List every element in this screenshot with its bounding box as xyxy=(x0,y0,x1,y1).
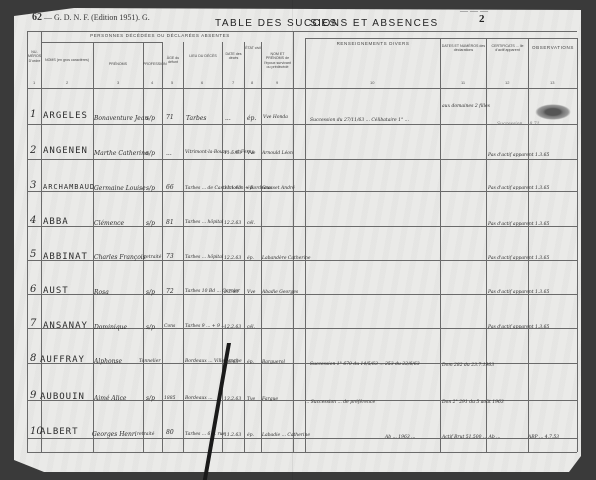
row-name: ABBA xyxy=(43,217,69,227)
row-certificate: aux domaines 2 filles xyxy=(442,104,490,109)
row-profession: s/p xyxy=(146,185,155,192)
col-header-certificates: CERTIFICATS ... Ile d'actif apparent xyxy=(487,44,528,53)
col-number: 6 xyxy=(201,80,203,85)
row-observation: Pas d'actif apparent 1.3.65 xyxy=(488,153,549,158)
row-profession: retraité xyxy=(137,432,154,437)
col-header-date: DATE des décès xyxy=(223,52,244,61)
row-age: Cons xyxy=(164,324,175,329)
register-grid xyxy=(0,0,596,480)
row-date: 11.2.63 xyxy=(224,433,241,438)
row-number: 9 xyxy=(30,390,36,401)
row-place: Tarbes ... hôpital xyxy=(185,255,223,260)
row-profession: Tonnelier xyxy=(139,359,161,364)
row-profession: s/p xyxy=(146,150,155,157)
row-spouse: Barguerol xyxy=(262,360,285,365)
row-firstname: Charles François xyxy=(94,254,146,261)
row-age: 73 xyxy=(166,253,174,260)
col-header-number: NU-MÉROS D'ordre xyxy=(28,50,41,63)
row-observation: Succession ... 8.71 xyxy=(497,122,540,127)
col-number: 9 xyxy=(276,80,278,85)
row-number: 4 xyxy=(30,215,36,226)
row-declaration: Don 2° 291 du 5 août 1963 xyxy=(442,400,504,405)
row-date: 12.2.63 xyxy=(224,256,241,261)
col-number: 4 xyxy=(151,80,153,85)
row-status: Vve xyxy=(247,151,255,156)
row-name: AUST xyxy=(43,286,69,296)
col-header-place: LIEU DU DÉCÈS xyxy=(184,54,222,58)
row-number: 7 xyxy=(30,318,36,329)
row-age: 66 xyxy=(166,184,174,191)
row-firstname: Dominique xyxy=(94,324,127,331)
row-spouse: Fargue xyxy=(262,397,278,402)
row-observation: Pas d'actif apparent 1.3.65 xyxy=(488,222,549,227)
row-profession: s/p xyxy=(146,395,155,402)
row-spouse: Labandère Catherine xyxy=(262,256,311,261)
row-observation: Pas d'actif apparent 1.3.65 xyxy=(488,325,549,330)
col-number: 5 xyxy=(171,80,173,85)
row-observation: Pas d'actif apparent 1.3.65 xyxy=(488,186,549,191)
col-header-declarations: DATES ET NUMÉROS des déclarations xyxy=(441,44,486,53)
row-place: Tarbes xyxy=(186,115,206,122)
row-status: cél. xyxy=(247,325,255,330)
row-firstname: Alphonse xyxy=(94,358,122,365)
row-age: 71 xyxy=(166,114,174,121)
row-age: ... xyxy=(166,150,172,157)
col-header-profession: PROFESSION xyxy=(143,62,162,66)
row-age: 80 xyxy=(166,429,174,436)
row-status: ép. xyxy=(247,433,254,438)
row-name: AUFFRAY xyxy=(40,355,85,365)
row-firstname: Germaine Louise xyxy=(94,185,146,192)
col-number: 1 xyxy=(33,80,35,85)
col-header-age: ÂGE du défunt xyxy=(163,56,183,65)
col-header-observations: OBSERVATIONS xyxy=(529,46,577,50)
row-status: ép. xyxy=(247,186,254,191)
row-name: ARCHAMBAUD xyxy=(43,183,95,191)
col-number: 8 xyxy=(251,80,253,85)
row-number: 2 xyxy=(30,145,36,156)
row-observation: Pas d'actif apparent 1.3.65 xyxy=(488,290,549,295)
col-number: 13 xyxy=(550,80,554,85)
row-spouse: Grasset André xyxy=(262,186,295,191)
row-declaration: Dom 282 du 23.7.1963 xyxy=(442,363,494,368)
col-number: 12 xyxy=(505,80,509,85)
row-observation: Pas d'actif apparent 1.3.65 xyxy=(488,256,549,261)
row-notes: Ab ... 1963 ... xyxy=(385,435,415,440)
group-header-deceased: PERSONNES DÉCÉDÉES OU DÉCLARÉES ABSENTES xyxy=(60,34,260,38)
row-notes: Succession du 27/11/63 ... Célibataire 1… xyxy=(310,118,409,123)
row-age: 72 xyxy=(166,288,174,295)
col-header-name: NOMS (en gros caractères) xyxy=(42,58,92,62)
row-notes: Succession 1° 670 du 14/5/63 ... 253 du … xyxy=(310,362,420,367)
row-place: Bordeaux ... xyxy=(185,396,213,401)
row-spouse: Vve Honda xyxy=(263,115,288,120)
row-profession: s/p xyxy=(146,289,155,296)
row-age: 1885 xyxy=(164,396,175,401)
row-spouse: Arnould Léon xyxy=(262,151,293,156)
col-number: 11 xyxy=(461,80,465,85)
row-date: 13.2.63 xyxy=(224,397,241,402)
col-header-spouse: NOM ET PRÉNOMS de l'époux survivant ou p… xyxy=(262,52,293,70)
row-status: ép. xyxy=(247,360,254,365)
row-status: ép. xyxy=(247,256,254,261)
col-number: 10 xyxy=(370,80,374,85)
row-name: ANSANAY xyxy=(43,321,88,331)
row-spouse: Abadie Georges xyxy=(262,290,298,295)
col-number: 2 xyxy=(66,80,68,85)
row-age: 81 xyxy=(166,219,174,226)
row-firstname: Aimé Alice xyxy=(94,395,126,402)
row-notes: ... Succession ... de préférence xyxy=(305,400,375,405)
row-status: Tve xyxy=(247,397,255,402)
col-header-notes: RENSEIGNEMENTS DIVERS xyxy=(306,42,440,46)
row-firstname: Rosa xyxy=(94,289,109,296)
row-name: ANGENEN xyxy=(43,146,88,156)
row-place: Tarbes ... hôpital xyxy=(185,220,223,225)
row-name: ALBERT xyxy=(40,427,79,437)
row-firstname: Clémence xyxy=(94,220,124,227)
row-number: 6 xyxy=(30,284,36,295)
row-name: ARGELES xyxy=(43,111,88,121)
row-name: AUBOUIN xyxy=(40,392,85,402)
row-date: ... xyxy=(225,115,231,122)
row-firstname: Marthe Catherine xyxy=(94,150,149,157)
row-profession: s/p xyxy=(146,220,155,227)
row-date: 2.2.63 xyxy=(224,290,238,295)
col-number: 7 xyxy=(232,80,234,85)
row-number: 8 xyxy=(30,353,36,364)
row-date: 12.2.63 xyxy=(224,221,241,226)
row-status: Vve xyxy=(247,290,255,295)
row-profession: s/p xyxy=(146,115,155,122)
row-name: ABBINAT xyxy=(43,252,88,262)
col-header-status: ÉTAT civil xyxy=(245,46,261,50)
row-date: 12.2.63 xyxy=(224,325,241,330)
row-number: 3 xyxy=(30,180,36,191)
row-number: 5 xyxy=(30,249,36,260)
row-place: Vitrimont-la-Bouze ... et Ferny xyxy=(185,150,254,155)
row-date: 11.5.63 xyxy=(224,151,241,156)
row-profession: s/p xyxy=(146,324,155,331)
official-stamp xyxy=(535,104,571,120)
row-profession: retraité xyxy=(144,255,161,260)
row-status: ép. xyxy=(247,115,256,122)
row-firstname: Bonaventure Jean xyxy=(94,115,148,122)
row-firstname: Georges Henri xyxy=(92,431,137,438)
row-spouse: Labadie ... Catherine xyxy=(262,433,310,438)
row-date: 11.1.63 xyxy=(224,186,241,191)
row-status: cél. xyxy=(247,221,255,226)
col-number: 3 xyxy=(117,80,119,85)
row-number: 1 xyxy=(30,109,36,120)
row-observation: ABP ... 4.7.53 xyxy=(528,435,559,440)
row-place: Tarbes 9 ... + 9 ... xyxy=(185,324,226,329)
col-header-firstname: PRÉNOMS xyxy=(94,62,142,66)
row-place: Tarbes ... 6 ... rue xyxy=(185,432,225,437)
row-declaration: Actif Brut 51.500 ... Ab ... xyxy=(442,435,500,440)
